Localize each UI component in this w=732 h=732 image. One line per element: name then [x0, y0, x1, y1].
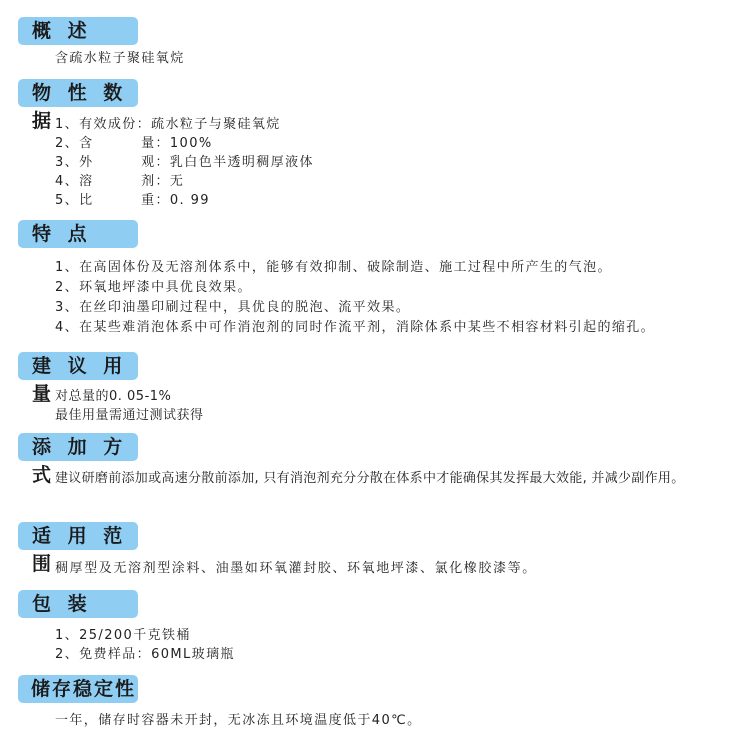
dosage-line: 最佳用量需通过测试获得 — [55, 406, 722, 425]
property-sep: ： — [155, 134, 169, 153]
features-body: 1、在高固体份及无溶剂体系中，能够有效抑制、破除制造、施工过程中所产生的气泡。 … — [55, 258, 722, 338]
property-key-a: 比 — [79, 191, 141, 210]
packaging-line: 2、免费样品：60ML玻璃瓶 — [55, 645, 722, 664]
packaging-body: 1、25/200千克铁桶 2、免费样品：60ML玻璃瓶 — [55, 626, 722, 664]
property-sep: ： — [155, 153, 169, 172]
dosage-body: 对总量的0. 05-1% 最佳用量需通过测试获得 — [55, 387, 722, 425]
property-key-b: 重 — [141, 191, 155, 210]
overview-body: 含疏水粒子聚硅氧烷 — [55, 49, 722, 68]
property-num: 3、 — [55, 153, 79, 172]
storage-body: 一年，储存时容器未开封，无冰冻且环境温度低于40℃。 — [55, 711, 722, 730]
property-row: 4、 溶 剂 ： 无 — [55, 172, 722, 191]
property-num: 4、 — [55, 172, 79, 191]
property-sep: ： — [137, 115, 151, 134]
property-key: 有效成份 — [79, 115, 137, 134]
section-header-applications: 适 用 范 围 — [18, 522, 138, 550]
section-header-packaging: 包 装 — [18, 590, 138, 618]
property-value: 乳白色半透明稠厚液体 — [170, 153, 314, 172]
feature-item: 4、在某些难消泡体系中可作消泡剂的同时作流平剂，消除体系中某些不相容材料引起的缩… — [55, 318, 722, 338]
property-num: 5、 — [55, 191, 79, 210]
section-header-dosage: 建 议 用 量 — [18, 352, 138, 380]
applications-body: 稠厚型及无溶剂型涂料、油墨如环氧灌封胶、环氧地坪漆、氯化橡胶漆等。 — [55, 559, 722, 578]
property-row: 1、 有效成份 ： 疏水粒子与聚硅氧烷 — [55, 115, 722, 134]
feature-item: 3、在丝印油墨印刷过程中，具优良的脱泡、流平效果。 — [55, 298, 722, 318]
property-key-b: 量 — [141, 134, 155, 153]
packaging-line: 1、25/200千克铁桶 — [55, 626, 722, 645]
storage-line: 一年，储存时容器未开封，无冰冻且环境温度低于40℃。 — [55, 711, 722, 730]
applications-line: 稠厚型及无溶剂型涂料、油墨如环氧灌封胶、环氧地坪漆、氯化橡胶漆等。 — [55, 559, 722, 578]
property-key-a: 外 — [79, 153, 141, 172]
property-value: 疏水粒子与聚硅氧烷 — [151, 115, 281, 134]
feature-item: 1、在高固体份及无溶剂体系中，能够有效抑制、破除制造、施工过程中所产生的气泡。 — [55, 258, 722, 278]
property-value: 100% — [170, 134, 213, 153]
dosage-line: 对总量的0. 05-1% — [55, 387, 722, 406]
section-header-method: 添 加 方 式 — [18, 433, 138, 461]
property-key-a: 含 — [79, 134, 141, 153]
section-header-overview: 概 述 — [18, 17, 138, 45]
feature-item: 2、环氧地坪漆中具优良效果。 — [55, 278, 722, 298]
property-key-b: 观 — [141, 153, 155, 172]
property-sep: ： — [155, 172, 169, 191]
property-sep: ： — [155, 191, 169, 210]
method-text: 建议研磨前添加或高速分散前添加, 只有消泡剂充分分散在体系中才能确保其发挥最大效… — [55, 469, 705, 488]
section-header-features: 特 点 — [18, 220, 138, 248]
property-row: 3、 外 观 ： 乳白色半透明稠厚液体 — [55, 153, 722, 172]
property-num: 1、 — [55, 115, 79, 134]
property-row: 5、 比 重 ： 0. 99 — [55, 191, 722, 210]
overview-line: 含疏水粒子聚硅氧烷 — [55, 49, 722, 68]
property-num: 2、 — [55, 134, 79, 153]
property-value: 0. 99 — [170, 191, 210, 210]
section-header-properties: 物 性 数 据 — [18, 79, 138, 107]
properties-body: 1、 有效成份 ： 疏水粒子与聚硅氧烷 2、 含 量 ： 100% 3、 外 观… — [55, 115, 722, 210]
method-body: 建议研磨前添加或高速分散前添加, 只有消泡剂充分分散在体系中才能确保其发挥最大效… — [55, 469, 722, 488]
section-header-storage: 储存稳定性 — [18, 675, 138, 703]
property-row: 2、 含 量 ： 100% — [55, 134, 722, 153]
property-key-b: 剂 — [141, 172, 155, 191]
property-key-a: 溶 — [79, 172, 141, 191]
property-value: 无 — [170, 172, 184, 191]
